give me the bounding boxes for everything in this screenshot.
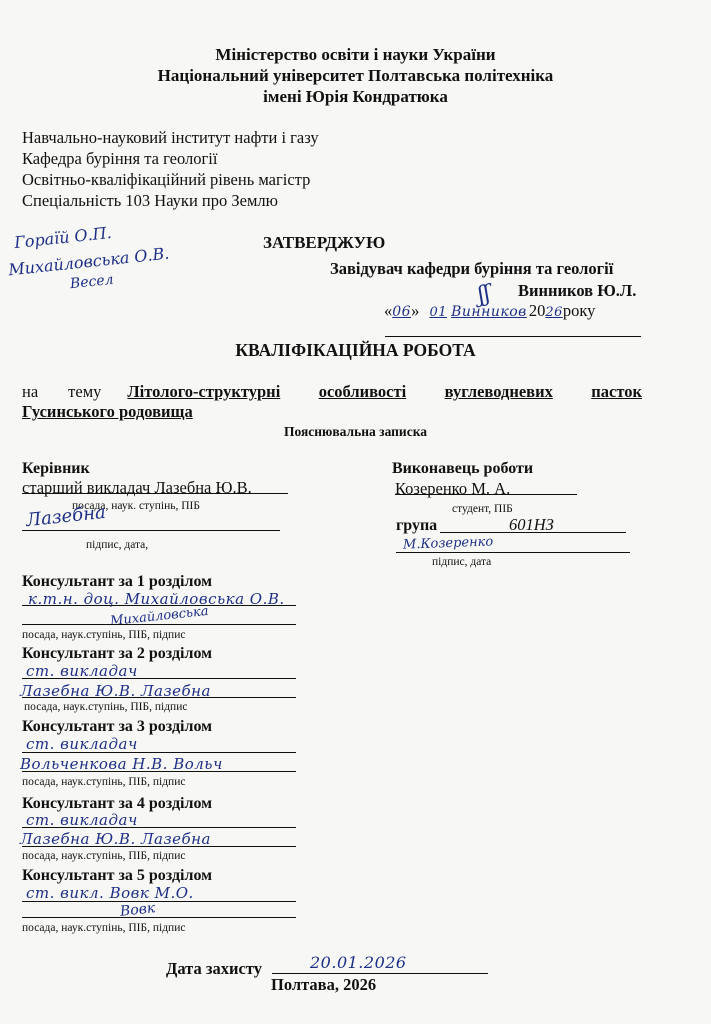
consultant-2-line2-rule (22, 697, 296, 698)
supervisor-value: старший викладач Лазебна Ю.В. (22, 477, 252, 498)
consultant-5-line1: ст. викл. Вовк М.О. (26, 884, 194, 902)
consultant-1-line2-rule (22, 624, 296, 625)
approval-day: 06 (392, 304, 411, 320)
consultant-5-caption: посада, наук.ступінь, ПІБ, підпис (22, 922, 185, 935)
topic-line-1: на тему Літолого-структурні особливості … (22, 381, 642, 402)
approval-underline (385, 336, 641, 337)
approval-title: ЗАТВЕРДЖУЮ (263, 232, 385, 253)
approval-date: «06» 01 Винников2026року (384, 300, 644, 323)
document-title: КВАЛІФІКАЦІЙНА РОБОТА (0, 340, 711, 361)
approval-month: 01 (429, 305, 447, 320)
executor-sign-caption: підпис, дата (432, 556, 491, 569)
ministry-heading: Міністерство освіти і науки України (0, 44, 711, 65)
consultant-3-line2-rule (22, 771, 296, 772)
executor-value-underline (395, 494, 577, 495)
approval-signature: Винников (451, 304, 527, 320)
department-text: Кафедра буріння та геології (22, 148, 217, 169)
consultant-5-line2-rule (22, 917, 296, 918)
executor-caption: студент, ПІБ (452, 503, 513, 516)
topic-title-line-2: Гусинського родовища (22, 401, 193, 422)
supervisor-value-underline (22, 493, 288, 494)
executor-sign-line (396, 552, 630, 553)
topic-title-line-1: Літолого-структурні особливості вуглевод… (127, 381, 642, 402)
consultant-4-line2-rule (22, 846, 296, 847)
institute-text: Навчально-науковий інститут нафти і газу (22, 127, 319, 148)
executor-signature: М.Козеренко (403, 534, 494, 552)
consultant-4-line1-rule (22, 827, 296, 828)
consultant-3-caption: посада, наук.ступінь, ПІБ, підпис (22, 776, 185, 789)
university-named-heading: імені Юрія Кондратюка (0, 86, 711, 107)
consultant-1-caption: посада, наук.ступінь, ПІБ, підпис (22, 629, 185, 642)
consultant-2-caption: посада, наук.ступінь, ПІБ, підпис (24, 701, 187, 714)
city-year: Полтава, 2026 (271, 974, 376, 995)
consultant-4-caption: посада, наук.ступінь, ПІБ, підпис (22, 850, 185, 863)
defense-date-value: 20.01.2026 (310, 953, 407, 972)
side-signature-3: Весел (69, 272, 114, 292)
consultant-5-line1-rule (22, 901, 296, 902)
consultant-3-line1: ст. викладач (26, 735, 138, 753)
consultant-1-label: Консультант за 1 розділом (22, 571, 212, 592)
group-label: група (396, 515, 437, 536)
university-heading: Національний університет Полтавська полі… (0, 65, 711, 86)
approval-year: 26 (545, 305, 563, 320)
consultant-5-label: Консультант за 5 розділом (22, 865, 212, 886)
supervisor-signature: Лазебна (25, 502, 107, 531)
group-underline (440, 532, 626, 533)
supervisor-sign-caption: підпис, дата, (86, 539, 148, 552)
level-text: Освітньо-кваліфікаційний рівень магістр (22, 169, 310, 190)
consultant-2-label: Консультант за 2 розділом (22, 643, 212, 664)
consultant-1-line1-rule (22, 605, 296, 606)
approval-position: Завідувач кафедри буріння та геології (330, 258, 613, 279)
consultant-2-line1-rule (22, 678, 296, 679)
side-signature-1: Гораїй О.П. (13, 223, 112, 252)
specialty-text: Спеціальність 103 Науки про Землю (22, 190, 278, 211)
consultant-3-label: Консультант за 3 розділом (22, 716, 212, 737)
executor-value: Козеренко М. А. (395, 478, 510, 499)
document-subtitle: Пояснювальна записка (0, 424, 711, 440)
consultant-3-line1-rule (22, 752, 296, 753)
defense-date-label: Дата захисту (166, 958, 262, 979)
approval-name: Винников Ю.Л. (518, 280, 636, 301)
executor-label: Виконавець роботи (392, 458, 533, 479)
supervisor-label: Керівник (22, 458, 90, 479)
supervisor-sign-line (22, 530, 280, 531)
